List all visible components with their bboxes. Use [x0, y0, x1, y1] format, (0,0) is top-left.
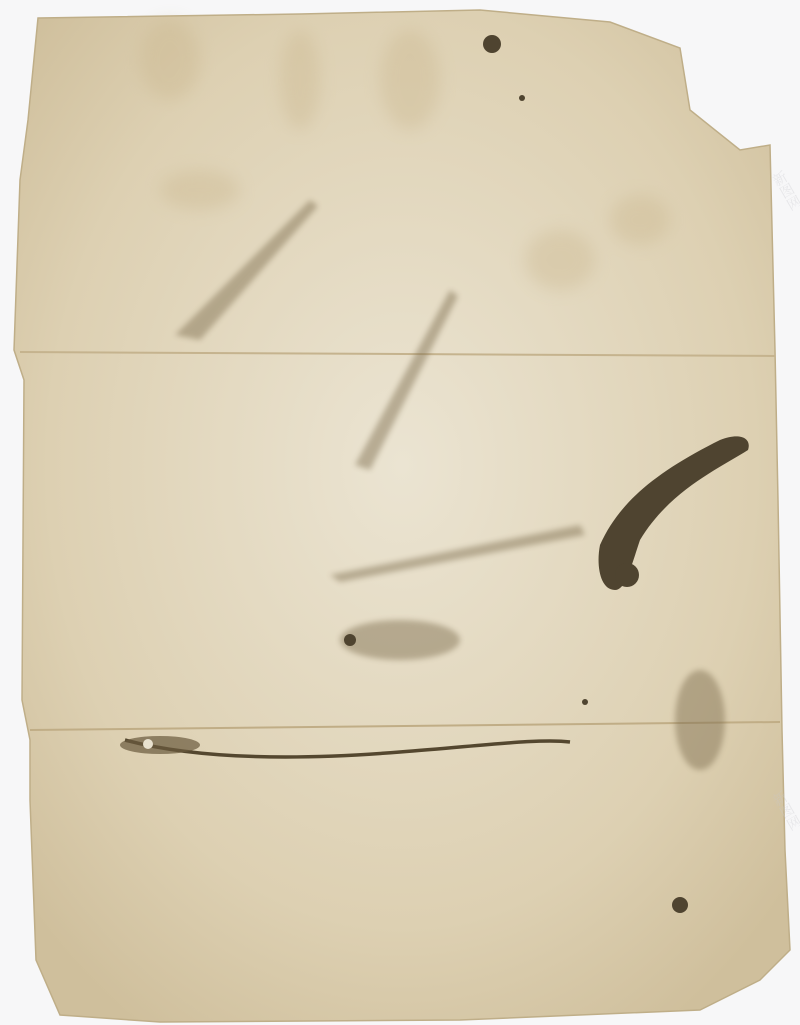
aged-paper [0, 0, 800, 1025]
paper-sheet [14, 10, 790, 1022]
